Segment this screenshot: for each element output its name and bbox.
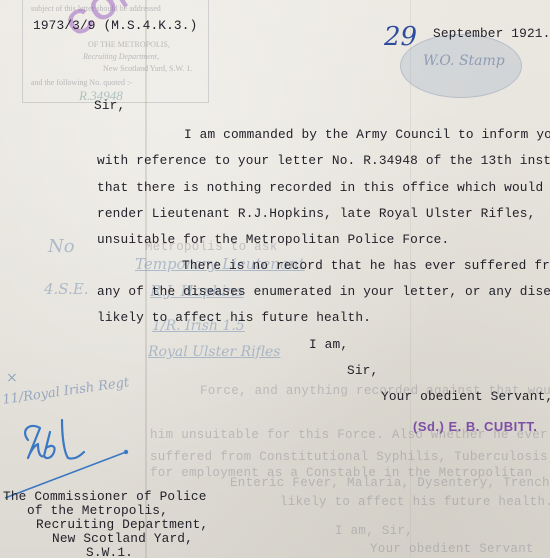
addressee-line: of the Metropolis, (27, 503, 168, 518)
addressee-line: S.W.1. (86, 545, 133, 558)
handwritten-initials-icon (0, 0, 550, 558)
addressee-line: New Scotland Yard, (52, 531, 193, 546)
addressee-line: The Commissioner of Police (3, 489, 207, 504)
addressee-line: Recruiting Department, (36, 517, 208, 532)
